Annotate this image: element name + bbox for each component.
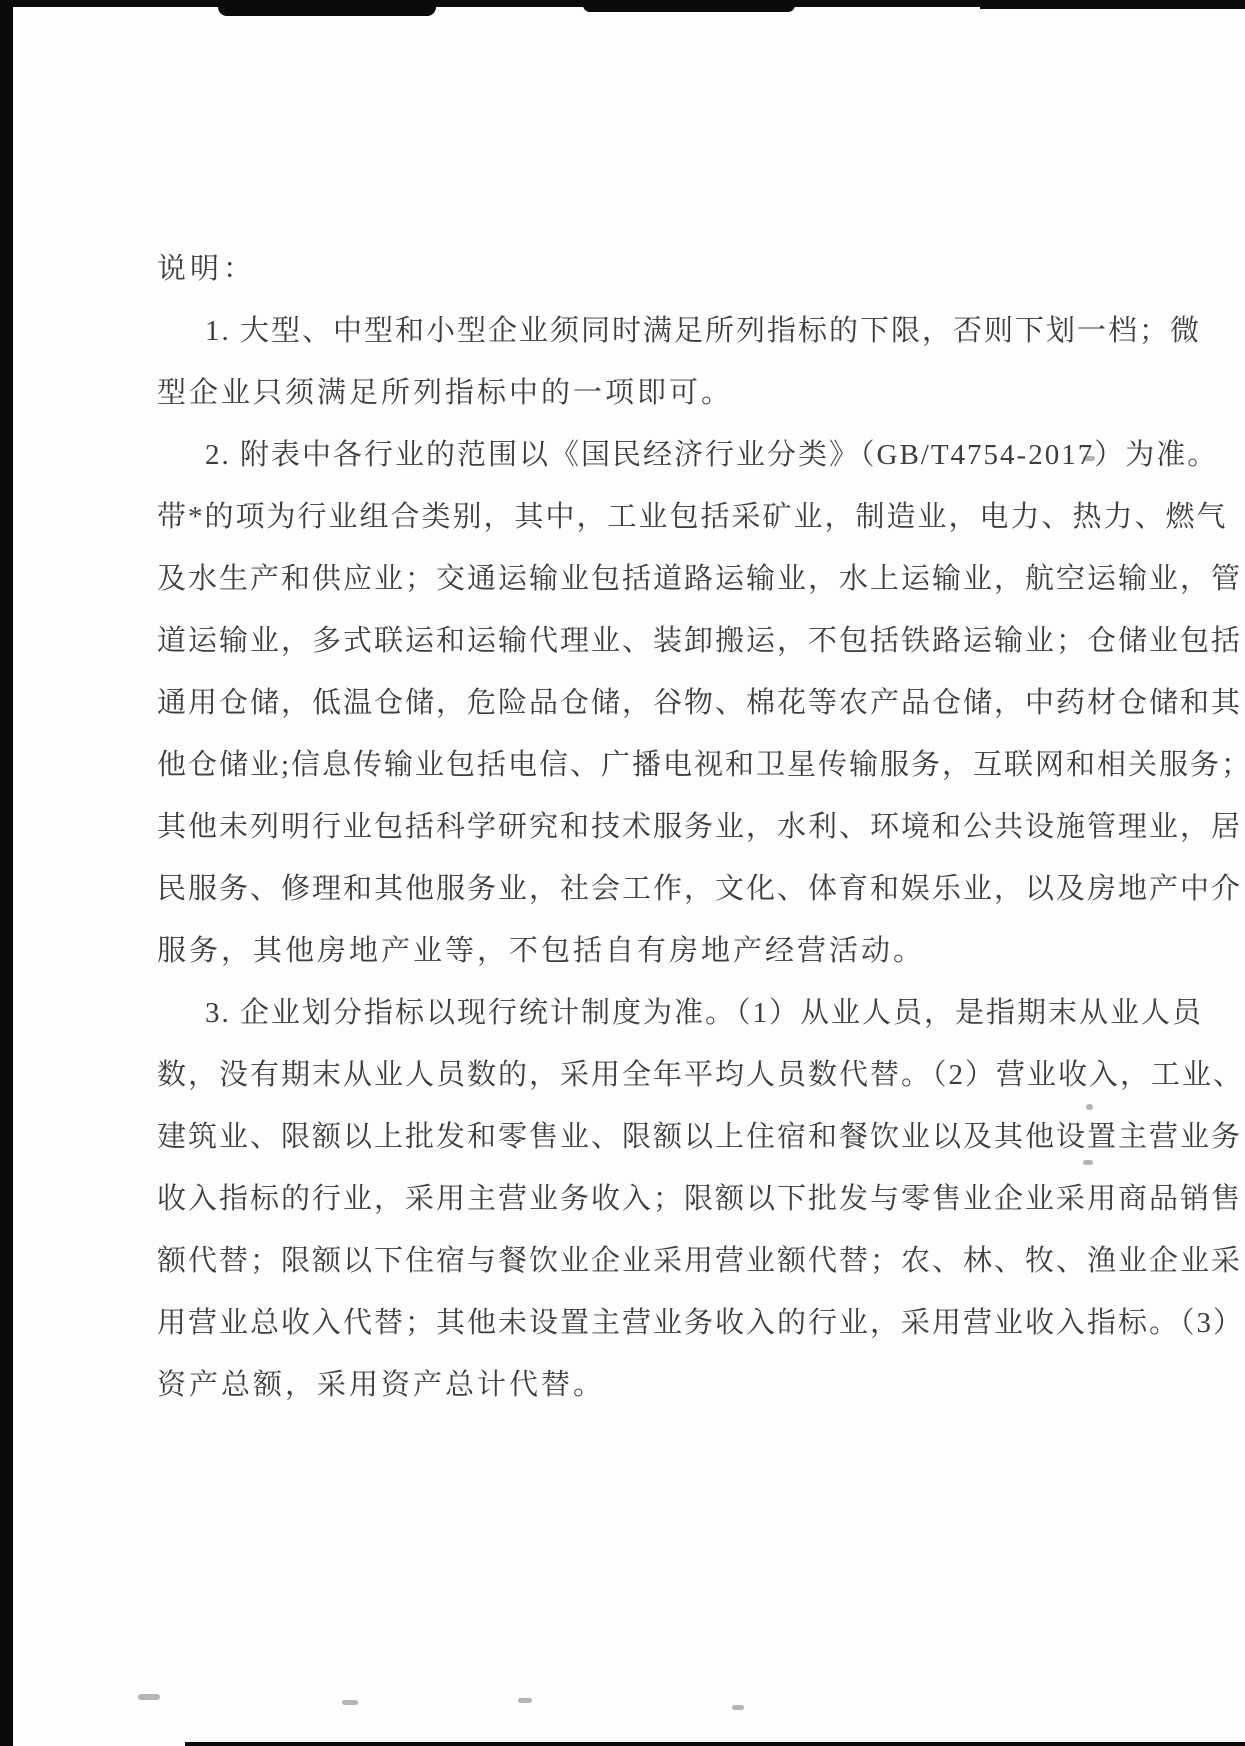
scan-artifact-top-edge-bump: [218, 0, 436, 16]
scanned-document-page: 说明： 1. 大型、中型和小型企业须同时满足所列指标的下限，否则下划一档；微型企…: [0, 0, 1245, 1746]
paragraph-3: 3. 企业划分指标以现行统计制度为准。（1）从业人员，是指期末从业人员数，没有期…: [157, 982, 1107, 1416]
scan-smudge: [342, 1700, 358, 1705]
document-text-block: 说明： 1. 大型、中型和小型企业须同时满足所列指标的下限，否则下划一档；微型企…: [157, 238, 1107, 1416]
scan-smudge: [732, 1705, 744, 1710]
text-line: 其他未列明行业包括科学研究和技术服务业，水利、环境和公共设施管理业，居: [157, 796, 1107, 858]
text-line: 道运输业，多式联运和运输代理业、装卸搬运，不包括铁路运输业；仓储业包括: [157, 610, 1107, 672]
text-line: 通用仓储，低温仓储，危险品仓储，谷物、棉花等农产品仓储，中药材仓储和其: [157, 672, 1107, 734]
text-line: 资产总额，采用资产总计代替。: [157, 1354, 1107, 1416]
paragraph-1: 1. 大型、中型和小型企业须同时满足所列指标的下限，否则下划一档；微型企业只须满…: [157, 300, 1107, 424]
text-line: 额代替；限额以下住宿与餐饮业企业采用营业额代替；农、林、牧、渔业企业采: [157, 1230, 1107, 1292]
text-line: 他仓储业;信息传输业包括电信、广播电视和卫星传输服务，互联网和相关服务；: [157, 734, 1107, 796]
text-line: 2. 附表中各行业的范围以《国民经济行业分类》（GB/T4754-2017）为准…: [157, 424, 1107, 486]
scan-artifact-left-edge-bar: [0, 0, 13, 1746]
text-line: 建筑业、限额以上批发和零售业、限额以上住宿和餐饮业以及其他设置主营业务: [157, 1106, 1107, 1168]
scan-artifact-top-edge-bump: [583, 0, 795, 12]
text-line: 及水生产和供应业；交通运输业包括道路运输业，水上运输业，航空运输业，管: [157, 548, 1107, 610]
text-line: 数，没有期末从业人员数的，采用全年平均人员数代替。（2）营业收入，工业、: [157, 1044, 1107, 1106]
document-body: 1. 大型、中型和小型企业须同时满足所列指标的下限，否则下划一档；微型企业只须满…: [157, 300, 1107, 1416]
text-line: 收入指标的行业，采用主营业务收入；限额以下批发与零售业企业采用商品销售: [157, 1168, 1107, 1230]
scan-artifact-top-edge-bump: [980, 0, 1245, 9]
text-line: 3. 企业划分指标以现行统计制度为准。（1）从业人员，是指期末从业人员: [157, 982, 1107, 1044]
scan-smudge: [138, 1694, 160, 1700]
paragraph-2: 2. 附表中各行业的范围以《国民经济行业分类》（GB/T4754-2017）为准…: [157, 424, 1107, 982]
text-line: 民服务、修理和其他服务业，社会工作，文化、体育和娱乐业，以及房地产中介: [157, 858, 1107, 920]
text-line: 服务，其他房地产业等，不包括自有房地产经营活动。: [157, 920, 1107, 982]
scan-smudge: [518, 1698, 532, 1703]
text-line: 型企业只须满足所列指标中的一项即可。: [157, 362, 1107, 424]
text-line: 带*的项为行业组合类别，其中，工业包括采矿业，制造业，电力、热力、燃气: [157, 486, 1107, 548]
text-line: 用营业总收入代替；其他未设置主营业务收入的行业，采用营业收入指标。（3）: [157, 1292, 1107, 1354]
notes-heading: 说明：: [157, 238, 1107, 300]
text-line: 1. 大型、中型和小型企业须同时满足所列指标的下限，否则下划一档；微: [157, 300, 1107, 362]
scan-artifact-bottom-edge-line: [185, 1742, 1245, 1746]
